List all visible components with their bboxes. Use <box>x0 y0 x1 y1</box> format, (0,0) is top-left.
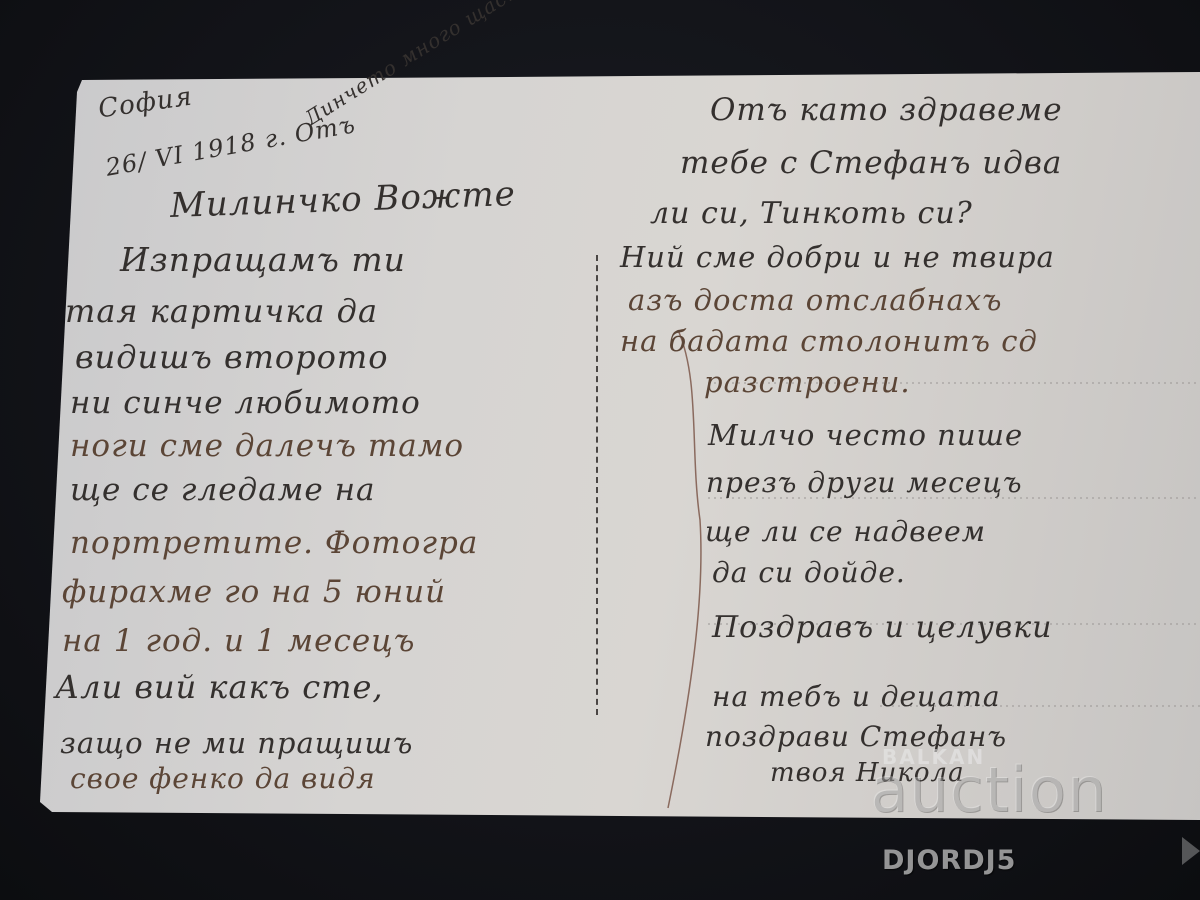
left-line-13: свое фенко да видя <box>70 762 376 795</box>
left-line-12: защо не ми пращишъ <box>60 726 413 760</box>
left-line-8: портретите. Фотогра <box>70 525 478 561</box>
right-line-3: ли си, Тинкоть си? <box>650 196 973 231</box>
right-line-4: Ний сме добри и не твира <box>620 240 1055 274</box>
left-line-3: тая картичка да <box>65 292 378 330</box>
right-line-6: на бадата столонитъ сд <box>620 324 1038 358</box>
right-line-1: Отъ като здравеме <box>710 92 1063 128</box>
left-line-10: на 1 год. и 1 месецъ <box>62 623 415 659</box>
left-line-7: ще се гледаме на <box>70 472 375 508</box>
left-line-2: Изпращамъ ти <box>120 240 406 279</box>
left-line-9: фирахме го на 5 юний <box>62 574 446 610</box>
watermark-auction: auction <box>870 753 1107 826</box>
left-line-4: видишъ второто <box>75 338 389 376</box>
left-line-5: ни синче любимото <box>70 385 421 421</box>
right-line-12: Поздравъ и целувки <box>712 610 1052 645</box>
right-line-10: ще ли се надвеем <box>705 515 986 548</box>
right-line-2: тебе с Стефанъ идва <box>680 145 1062 181</box>
right-line-11: да си дойде. <box>712 556 906 589</box>
left-line-11: Али вий какъ сте, <box>55 668 384 706</box>
right-line-13: на тебъ и децата <box>712 680 1001 713</box>
left-line-6: ноги сме далечъ тамо <box>70 428 464 464</box>
play-arrow-icon <box>1182 837 1200 865</box>
right-line-8: Милчо често пише <box>708 418 1023 452</box>
auction-watermark: BALKAN auction DJORDJ5 <box>870 745 1200 895</box>
watermark-username: DJORDJ5 <box>882 845 1016 876</box>
right-line-7: разстроени. <box>704 365 911 399</box>
right-line-9: презъ други месецъ <box>706 466 1023 499</box>
right-line-5: азъ доста отслабнахъ <box>628 283 1002 317</box>
